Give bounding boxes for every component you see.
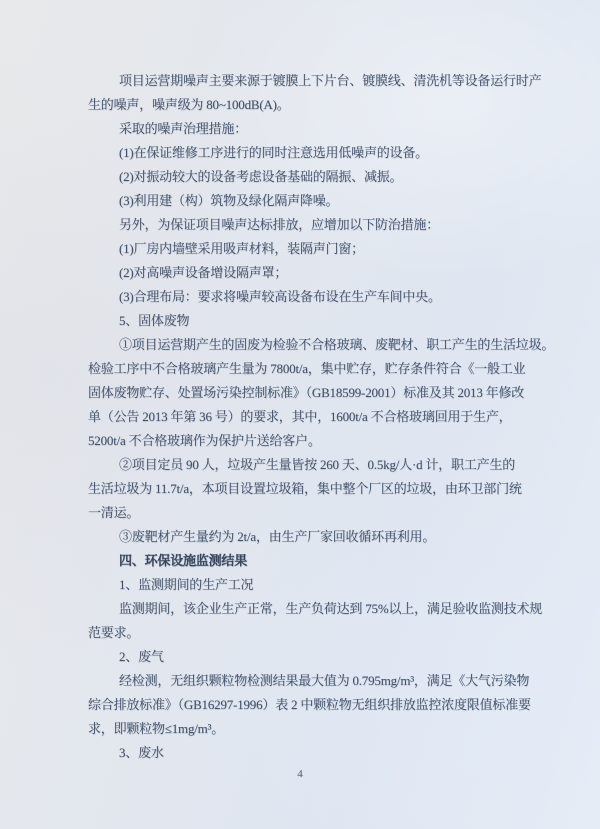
- text-line: 综合排放标准》（GB16297-1996）表 2 中颗粒物无组织排放监控浓度限值…: [88, 693, 540, 717]
- text-line: 5200t/a 不合格玻璃作为保护片送给客户。: [88, 429, 540, 453]
- text-line: (3)利用建（构）筑物及绿化隔声降噪。: [88, 189, 540, 213]
- text-line: 监测期间，该企业生产正常，生产负荷达到 75%以上，满足验收监测技术规: [88, 597, 540, 621]
- text-line: 固体废物贮存、处置场污染控制标准》（GB18599-2001）标准及其 2013…: [88, 381, 540, 405]
- text-line: (3)合理布局：要求将噪声较高设备布设在生产车间中央。: [88, 285, 540, 309]
- text-line: 另外，为保证项目噪声达标排放，应增加以下防治措施：: [88, 213, 540, 237]
- section-heading-monitoring-results: 四、环保设施监测结果: [88, 549, 540, 573]
- text-line: ③废靶材产生量约为 2t/a，由生产厂家回收循环再利用。: [88, 525, 540, 549]
- text-line: 经检测，无组织颗粒物检测结果最大值为 0.795mg/m³，满足《大气污染物: [88, 669, 540, 693]
- text-line: (2)对振动较大的设备考虑设备基础的隔振、减振。: [88, 165, 540, 189]
- text-line: 求，即颗粒物≤1mg/m³。: [88, 717, 540, 741]
- text-line: 检验工序中不合格玻璃产生量为 7800t/a，集中贮存，贮存条件符合《一般工业: [88, 357, 540, 381]
- text-line: ②项目定员 90 人，垃圾产生量皆按 260 天、0.5kg/人·d 计，职工产…: [88, 453, 540, 477]
- page-number: 4: [0, 764, 600, 784]
- text-line: 生的噪声，噪声级为 80~100dB(A)。: [88, 93, 540, 117]
- text-line: 范要求。: [88, 621, 540, 645]
- text-line: 采取的噪声治理措施：: [88, 117, 540, 141]
- text-line: (1)在保证维修工序进行的同时注意选用低噪声的设备。: [88, 141, 540, 165]
- section-heading-solid-waste: 5、固体废物: [88, 309, 540, 333]
- subsection-heading-production-status: 1、监测期间的生产工况: [88, 573, 540, 597]
- document-text-block: 项目运营期噪声主要来源于镀膜上下片台、镀膜线、清洗机等设备运行时产 生的噪声，噪…: [88, 69, 540, 765]
- text-line: 项目运营期噪声主要来源于镀膜上下片台、镀膜线、清洗机等设备运行时产: [88, 69, 540, 93]
- text-line: 单（公告 2013 年第 36 号）的要求，其中，1600t/a 不合格玻璃回用…: [88, 405, 540, 429]
- text-line: 一清运。: [88, 501, 540, 525]
- text-line: ①项目运营期产生的固废为检验不合格玻璃、废靶材、职工产生的生活垃圾。: [88, 333, 540, 357]
- subsection-heading-waste-gas: 2、废气: [88, 645, 540, 669]
- text-line: (2)对高噪声设备增设隔声罩；: [88, 261, 540, 285]
- text-line: 生活垃圾为 11.7t/a，本项目设置垃圾箱，集中整个厂区的垃圾，由环卫部门统: [88, 477, 540, 501]
- subsection-heading-waste-water: 3、废水: [88, 741, 540, 765]
- text-line: (1)厂房内墙壁采用吸声材料，装隔声门窗；: [88, 237, 540, 261]
- scanned-document-page: 项目运营期噪声主要来源于镀膜上下片台、镀膜线、清洗机等设备运行时产 生的噪声，噪…: [0, 0, 600, 829]
